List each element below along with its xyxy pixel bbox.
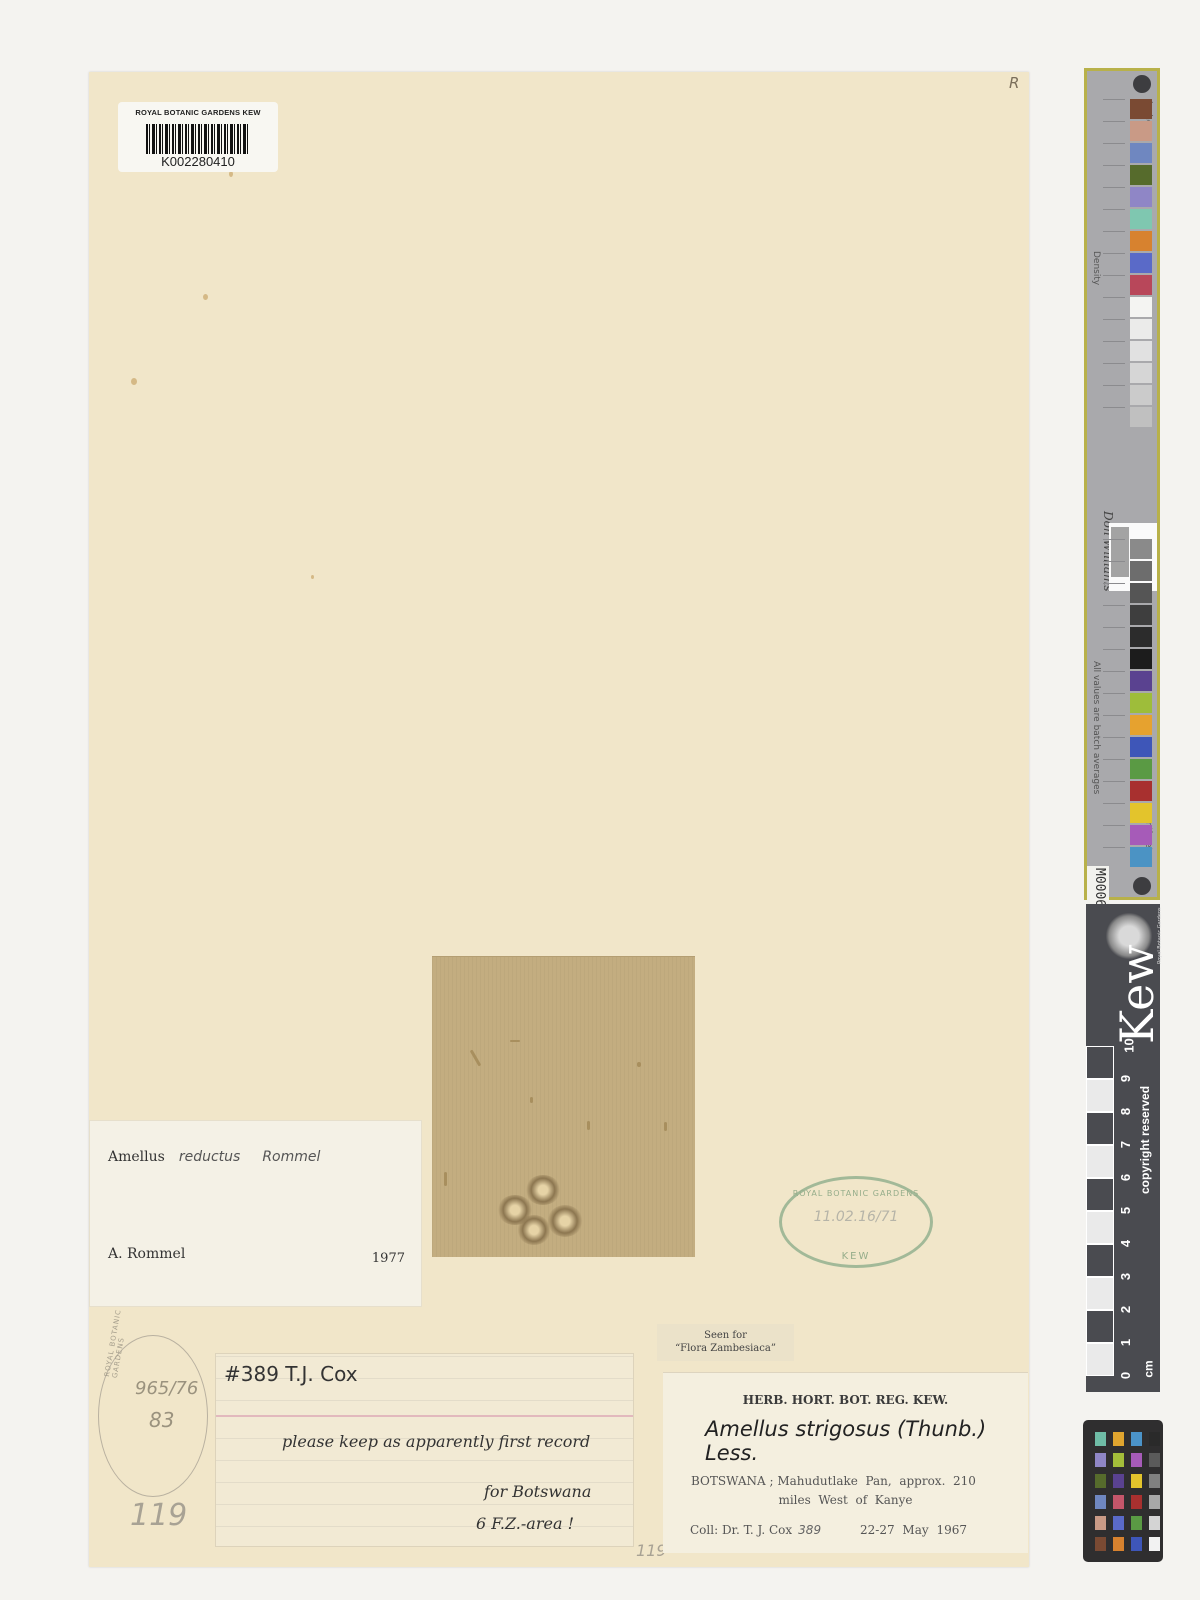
checker-patch xyxy=(1113,1432,1124,1446)
color-swatch xyxy=(1130,363,1152,383)
swatch-values xyxy=(1103,319,1125,341)
species-name: Amellus strigosus (Thunb.) Less. xyxy=(705,1417,1028,1465)
color-swatch xyxy=(1130,143,1152,163)
color-swatch xyxy=(1130,231,1152,251)
ruler-segment xyxy=(1086,1112,1114,1145)
fragment xyxy=(637,1062,641,1067)
ruler-number: 7 xyxy=(1118,1141,1133,1148)
swatch-values xyxy=(1103,363,1125,385)
color-swatch xyxy=(1130,737,1152,757)
checker-patch xyxy=(1149,1495,1160,1509)
swatch-values xyxy=(1103,803,1125,825)
color-swatch xyxy=(1130,715,1152,735)
scale-density-label: Density xyxy=(1091,251,1101,285)
kew-receipt-stamp: ROYAL BOTANIC GARDENS 11.02.16/71 KEW xyxy=(779,1176,933,1268)
copyright-text: copyright reserved xyxy=(1138,1086,1152,1194)
pencil-number: 119 xyxy=(636,1541,667,1560)
ruler-segment xyxy=(1086,1310,1114,1343)
author: Rommel xyxy=(262,1149,320,1165)
ruler-number: 4 xyxy=(1118,1240,1133,1247)
swatch-values xyxy=(1103,121,1125,143)
checker-patch xyxy=(1149,1453,1160,1467)
color-swatch xyxy=(1130,627,1152,647)
color-swatch xyxy=(1130,297,1152,317)
checker-patch xyxy=(1131,1537,1142,1551)
checker-patch xyxy=(1131,1516,1142,1530)
color-swatch xyxy=(1130,99,1152,119)
checker-patch xyxy=(1095,1432,1106,1446)
color-swatch xyxy=(1130,561,1152,581)
swatch-values xyxy=(1103,649,1125,671)
color-swatch xyxy=(1130,165,1152,185)
swatch-values xyxy=(1103,693,1125,715)
checker-patch xyxy=(1149,1537,1160,1551)
scale-hole-icon xyxy=(1133,877,1151,895)
color-swatch xyxy=(1130,803,1152,823)
herbarium-header: HERB. HORT. BOT. REG. KEW. xyxy=(663,1393,1028,1407)
swatch-values xyxy=(1103,583,1125,605)
color-swatch xyxy=(1130,319,1152,339)
swatch-values xyxy=(1103,297,1125,319)
swatch-values xyxy=(1103,539,1125,561)
color-swatch xyxy=(1130,847,1152,867)
checker-patch xyxy=(1095,1495,1106,1509)
checker-patch xyxy=(1095,1453,1106,1467)
determination-name: AmellusreductusRommel xyxy=(108,1149,320,1165)
barcode-number: K002280410 xyxy=(118,154,278,169)
color-swatch xyxy=(1130,649,1152,669)
swatch-values xyxy=(1103,605,1125,627)
swatch-values xyxy=(1103,275,1125,297)
color-swatch xyxy=(1130,121,1152,141)
fragment xyxy=(530,1097,533,1103)
checker-patch xyxy=(1131,1432,1142,1446)
flowerhead xyxy=(547,1205,583,1237)
collector-name: Coll: Dr. T. J. Cox xyxy=(690,1523,792,1537)
swatch-values xyxy=(1103,143,1125,165)
institution-name: ROYAL BOTANIC GARDENS KEW xyxy=(118,108,278,117)
swatch-values xyxy=(1103,781,1125,803)
swatch-values xyxy=(1103,671,1125,693)
swatch-values xyxy=(1103,341,1125,363)
accession-subnumber: 83 xyxy=(149,1408,174,1432)
swatch-values xyxy=(1103,165,1125,187)
herbarium-sheet xyxy=(89,72,1029,1567)
ruler-segment xyxy=(1086,1178,1114,1211)
checker-patch xyxy=(1095,1516,1106,1530)
genus: Amellus xyxy=(108,1149,165,1165)
ruler-number: 5 xyxy=(1118,1207,1133,1214)
herbarium-label: HERB. HORT. BOT. REG. KEW. Amellus strig… xyxy=(663,1372,1028,1553)
fragment xyxy=(587,1121,590,1130)
checker-patch xyxy=(1149,1516,1160,1530)
checker-patch xyxy=(1113,1495,1124,1509)
swatch-values xyxy=(1103,407,1125,429)
ruler-number: 9 xyxy=(1118,1075,1133,1082)
ruler-segment xyxy=(1086,1244,1114,1277)
color-checker-card xyxy=(1083,1420,1163,1562)
ruler-segment xyxy=(1086,1343,1114,1376)
ruler-segment xyxy=(1086,1079,1114,1112)
ruler-number: 2 xyxy=(1118,1306,1133,1313)
flowerhead xyxy=(525,1175,561,1205)
ruler-unit: cm xyxy=(1142,1360,1156,1377)
checker-patch xyxy=(1113,1453,1124,1467)
ruler-number: 3 xyxy=(1118,1273,1133,1280)
note-header: #389 T.J. Cox xyxy=(224,1362,358,1386)
flowerhead xyxy=(517,1215,551,1245)
accession-number: 965/76 xyxy=(135,1378,198,1399)
stamp-date: 11.02.16/71 xyxy=(782,1209,930,1225)
color-swatch xyxy=(1130,209,1152,229)
color-swatch xyxy=(1130,385,1152,405)
collection-date: 22-27 May 1967 xyxy=(860,1523,967,1537)
color-swatch xyxy=(1130,781,1152,801)
locality-line: miles West of Kanye xyxy=(663,1493,1028,1507)
color-swatch xyxy=(1130,583,1152,603)
color-swatch xyxy=(1130,605,1152,625)
determination-year: 1977 xyxy=(372,1251,405,1266)
checker-patch xyxy=(1131,1474,1142,1488)
ruler-segment xyxy=(1086,1046,1114,1079)
color-swatch xyxy=(1130,539,1152,559)
color-swatch xyxy=(1130,693,1152,713)
ruler-number: 6 xyxy=(1118,1174,1133,1181)
swatch-values xyxy=(1103,847,1125,869)
checker-patch xyxy=(1095,1537,1106,1551)
checker-patch xyxy=(1149,1474,1160,1488)
swatch-values xyxy=(1103,737,1125,759)
swatch-values xyxy=(1103,253,1125,275)
ruler-number: 1 xyxy=(1118,1339,1133,1346)
swatch-values xyxy=(1103,627,1125,649)
determiner: A. Rommel xyxy=(108,1246,185,1262)
color-swatch xyxy=(1130,341,1152,361)
fragment xyxy=(470,1049,482,1066)
color-swatch xyxy=(1130,275,1152,295)
determination-label: AmellusreductusRommel A. Rommel 1977 xyxy=(89,1120,422,1307)
note-line: for Botswana xyxy=(484,1482,591,1501)
barcode-label: ROYAL BOTANIC GARDENS KEW K002280410 xyxy=(118,102,278,172)
swatch-values xyxy=(1103,209,1125,231)
ruler-segment xyxy=(1086,1277,1114,1310)
checker-patch xyxy=(1113,1474,1124,1488)
pressed-specimen-flowerheads xyxy=(497,1175,592,1250)
ruled-red-line xyxy=(216,1415,633,1417)
scale-note: All values are batch averages xyxy=(1091,661,1101,794)
checker-patch xyxy=(1095,1474,1106,1488)
stain-spot xyxy=(203,294,208,300)
stain-spot xyxy=(131,378,137,385)
ruler-number: 10 xyxy=(1122,1038,1137,1052)
accession-stamp: ROYAL BOTANIC GARDENS 965/76 83 xyxy=(98,1335,208,1497)
seen-for-label: Seen for “Flora Zambesiaca” xyxy=(657,1324,794,1361)
collector: Coll: Dr. T. J. Cox389 xyxy=(690,1523,821,1537)
swatch-values xyxy=(1103,99,1125,121)
corner-pencil-mark: R xyxy=(1009,74,1019,92)
kew-logo: Kew xyxy=(1110,944,1164,1044)
ruler-number: 8 xyxy=(1118,1108,1133,1115)
scale-hole-icon xyxy=(1133,75,1151,93)
fragment xyxy=(444,1172,447,1186)
checker-patch xyxy=(1113,1516,1124,1530)
ruler-segment xyxy=(1086,1211,1114,1244)
swatch-values xyxy=(1103,385,1125,407)
stamp-bottom-text: KEW xyxy=(782,1251,930,1262)
kew-cm-ruler: Royal Botanic Gardens Kew copyright rese… xyxy=(1086,904,1160,1392)
color-swatch xyxy=(1130,759,1152,779)
ruler-segment xyxy=(1086,1145,1114,1178)
collector-number: 389 xyxy=(798,1523,821,1537)
stamp-arc-text: ROYAL BOTANIC GARDENS xyxy=(782,1189,930,1198)
checker-patch xyxy=(1113,1537,1124,1551)
swatch-values xyxy=(1103,187,1125,209)
swatch-values xyxy=(1103,825,1125,847)
ruler-number: 0 xyxy=(1118,1372,1133,1379)
color-density-scale: inches Density Don Williams All values a… xyxy=(1084,68,1160,900)
color-swatch xyxy=(1130,187,1152,207)
swatch-values xyxy=(1103,231,1125,253)
swatch-values xyxy=(1103,759,1125,781)
checker-patch xyxy=(1149,1432,1160,1446)
checker-patch xyxy=(1131,1495,1142,1509)
stain-spot xyxy=(311,575,314,579)
note-line: 6 F.Z.-area ! xyxy=(476,1514,574,1533)
seen-for-line: “Flora Zambesiaca” xyxy=(657,1342,794,1355)
fragment xyxy=(510,1040,520,1042)
swatch-values xyxy=(1103,715,1125,737)
color-swatch xyxy=(1130,253,1152,273)
color-swatch xyxy=(1130,671,1152,691)
collector-note-card: #389 T.J. Cox please keep as apparently … xyxy=(215,1353,634,1547)
swatch-values xyxy=(1103,561,1125,583)
color-swatch xyxy=(1130,407,1152,427)
locality-line: BOTSWANA ; Mahudutlake Pan, approx. 210 xyxy=(691,1474,976,1488)
note-line: please keep as apparently first record xyxy=(282,1432,590,1451)
epithet: reductus xyxy=(179,1149,240,1165)
color-swatch xyxy=(1130,825,1152,845)
checker-patch xyxy=(1131,1453,1142,1467)
pencil-number: 119 xyxy=(130,1498,187,1533)
fragment xyxy=(664,1122,667,1131)
barcode-icon xyxy=(146,124,250,154)
seen-for-line: Seen for xyxy=(657,1329,794,1342)
